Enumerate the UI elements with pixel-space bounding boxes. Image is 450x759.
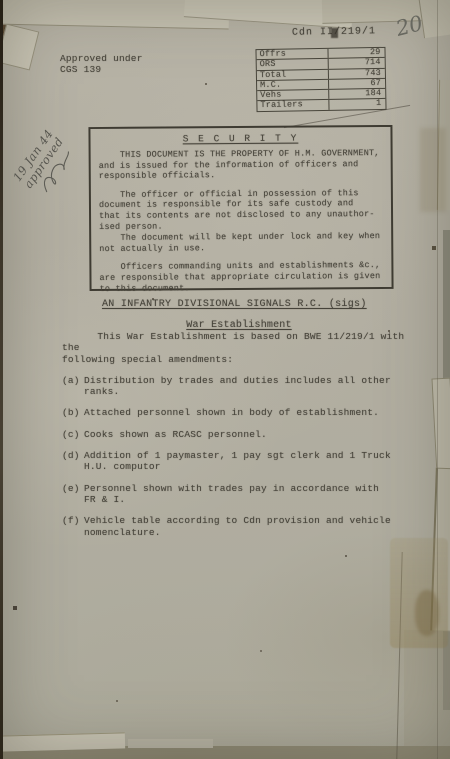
amendment-text: Distribution by trades and duties includ… — [84, 375, 407, 398]
row-value: 714 — [328, 58, 385, 68]
amendment-item: (d) Addition of 1 paymaster, 1 pay sgt c… — [62, 450, 407, 473]
row-label: Total — [257, 69, 328, 80]
document-title: AN INFANTRY DIVISIONAL SIGNALS R.C. (sig… — [102, 299, 367, 310]
torn-paper-fragment — [0, 23, 39, 70]
tape-stain — [415, 590, 439, 636]
ink-smudge — [331, 28, 338, 38]
pencil-page-number: 20 — [393, 11, 425, 41]
document-subtitle-row: War Establishment — [89, 314, 389, 332]
security-paragraph: The officer or official in possession of… — [99, 188, 383, 232]
handwritten-annotation: 19 Jan 44 approved — [0, 107, 97, 223]
binding-edge — [0, 0, 3, 759]
torn-paper-fragment — [431, 378, 450, 476]
row-label: M.C. — [257, 80, 328, 91]
row-label: Trailers — [257, 100, 328, 111]
amendment-text: Personnel shown with trades pay in accor… — [84, 483, 407, 506]
amendment-label: (c) — [62, 429, 84, 440]
document-page: Cdn II/219/1 Approved under CGS 139 20 O… — [0, 0, 450, 759]
approval-note: Approved under CGS 139 — [60, 53, 143, 75]
security-notice-box: S E C U R I T Y THIS DOCUMENT IS THE PRO… — [88, 125, 393, 291]
amendment-label: (e) — [62, 483, 84, 506]
document-body: This War Establishment is based on BWE 1… — [62, 331, 407, 548]
amendment-text: Cooks shown as RCASC personnel. — [84, 429, 407, 440]
security-paragraph: THIS DOCUMENT IS THE PROPERTY OF H.M. GO… — [99, 148, 383, 182]
row-value: 1 — [328, 99, 385, 109]
strength-summary-table: Offrs 29 ORS 714 Total 743 M.C. 67 Vehs … — [255, 47, 386, 112]
torn-paper-fragment — [0, 732, 125, 751]
security-paragraph: Officers commanding units and establishm… — [99, 260, 383, 294]
amendment-label: (d) — [62, 450, 84, 473]
intro-paragraph: This War Establishment is based on BWE 1… — [62, 331, 407, 365]
amendment-label: (f) — [62, 515, 84, 538]
torn-paper-fragment — [404, 630, 450, 750]
amendment-item: (b) Attached personnel shown in body of … — [62, 407, 407, 418]
amendment-item: (e) Personnel shown with trades pay in a… — [62, 483, 407, 506]
paper-stain — [420, 128, 446, 212]
amendment-item: (f) Vehicle table according to Cdn provi… — [62, 515, 407, 538]
amendment-item: (c) Cooks shown as RCASC personnel. — [62, 429, 407, 440]
photo-backdrop: Cdn II/219/1 Approved under CGS 139 20 O… — [0, 0, 450, 759]
paper-specks — [0, 0, 2, 2]
table-row: Trailers 1 — [257, 99, 385, 111]
amendment-item: (a) Distribution by trades and duties in… — [62, 375, 407, 398]
row-label: ORS — [257, 59, 328, 70]
amendment-text: Vehicle table according to Cdn provision… — [84, 515, 407, 538]
amendment-text: Attached personnel shown in body of esta… — [84, 407, 407, 418]
torn-paper-fragment — [128, 739, 213, 748]
amendment-text: Addition of 1 paymaster, 1 pay sgt clerk… — [84, 450, 407, 473]
security-title: S E C U R I T Y — [98, 132, 382, 145]
amendment-label: (a) — [62, 375, 84, 398]
document-subtitle: War Establishment — [186, 320, 291, 331]
amendment-label: (b) — [62, 407, 84, 418]
security-paragraph: The document will be kept under lock and… — [99, 231, 383, 254]
row-label: Offrs — [256, 49, 327, 60]
